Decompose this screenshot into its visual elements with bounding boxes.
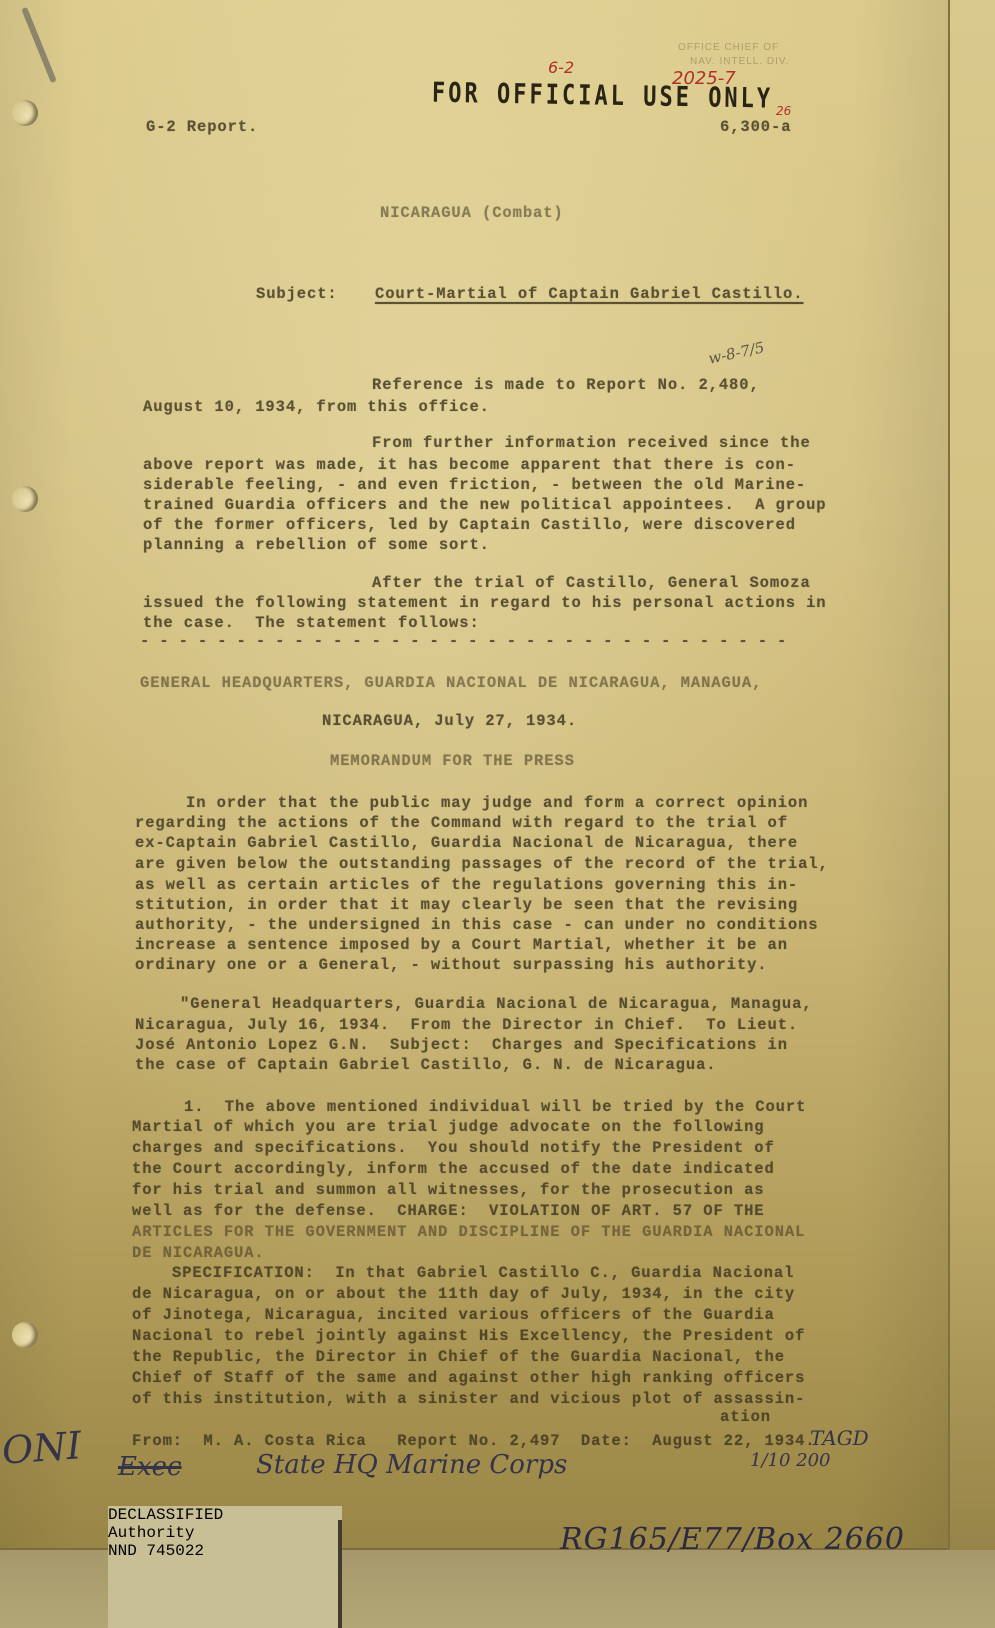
red-annotation: 26 <box>776 104 791 118</box>
faded-office-stamp: NAV. INTELL. DIV. <box>690 56 789 67</box>
document-page: OFFICE CHIEF OF NAV. INTELL. DIV. 6-2 20… <box>0 0 950 1550</box>
dashed-divider: - - - - - - - - - - - - - - - - - - - - … <box>140 632 787 650</box>
declassified-label: DECLASSIFIED <box>108 1506 342 1524</box>
handwritten-tagd: TAGD <box>810 1426 869 1450</box>
punch-hole-icon <box>12 100 38 126</box>
memo-header-line-2: NICARAGUA, July 27, 1934. <box>322 712 577 730</box>
handwritten-oni: ONI <box>1 1423 83 1472</box>
report-type: G-2 Report. <box>146 118 258 136</box>
punch-hole-icon <box>12 1322 38 1348</box>
authority-label: Authority <box>108 1524 342 1542</box>
authority-value: NND 745022 <box>108 1542 342 1560</box>
archive-reference: RG165/E77/Box 2660 <box>560 1522 905 1557</box>
pencil-reference: w-8-7/5 <box>707 338 766 367</box>
divider-bar <box>338 1520 342 1628</box>
declassification-stamp: DECLASSIFIED Authority NND 745022 <box>108 1506 342 1628</box>
pencil-mark <box>21 7 57 83</box>
report-code: 6,300-a <box>720 118 791 136</box>
memo-header-line-1: GENERAL HEADQUARTERS, GUARDIA NACIONAL D… <box>140 674 762 692</box>
red-annotation: 6-2 <box>548 58 574 77</box>
subject-title: Court-Martial of Captain Gabriel Castill… <box>375 285 803 303</box>
memo-title: MEMORANDUM FOR THE PRESS <box>330 752 575 770</box>
subject-label: Subject: <box>256 285 338 303</box>
handwritten-struck: Exec <box>118 1452 182 1482</box>
faded-office-stamp: OFFICE CHIEF OF <box>678 42 779 53</box>
country-heading: NICARAGUA (Combat) <box>380 204 564 222</box>
classification-stamp: FOR OFFICIAL USE ONLY <box>432 78 773 115</box>
routing-footer: From: M. A. Costa Rica Report No. 2,497 … <box>132 1432 816 1450</box>
handwritten-distribution: 1/10 200 <box>750 1450 831 1471</box>
page-edge <box>948 0 950 1548</box>
handwritten-routing: State HQ Marine Corps <box>256 1450 567 1480</box>
punch-hole-icon <box>12 486 38 512</box>
